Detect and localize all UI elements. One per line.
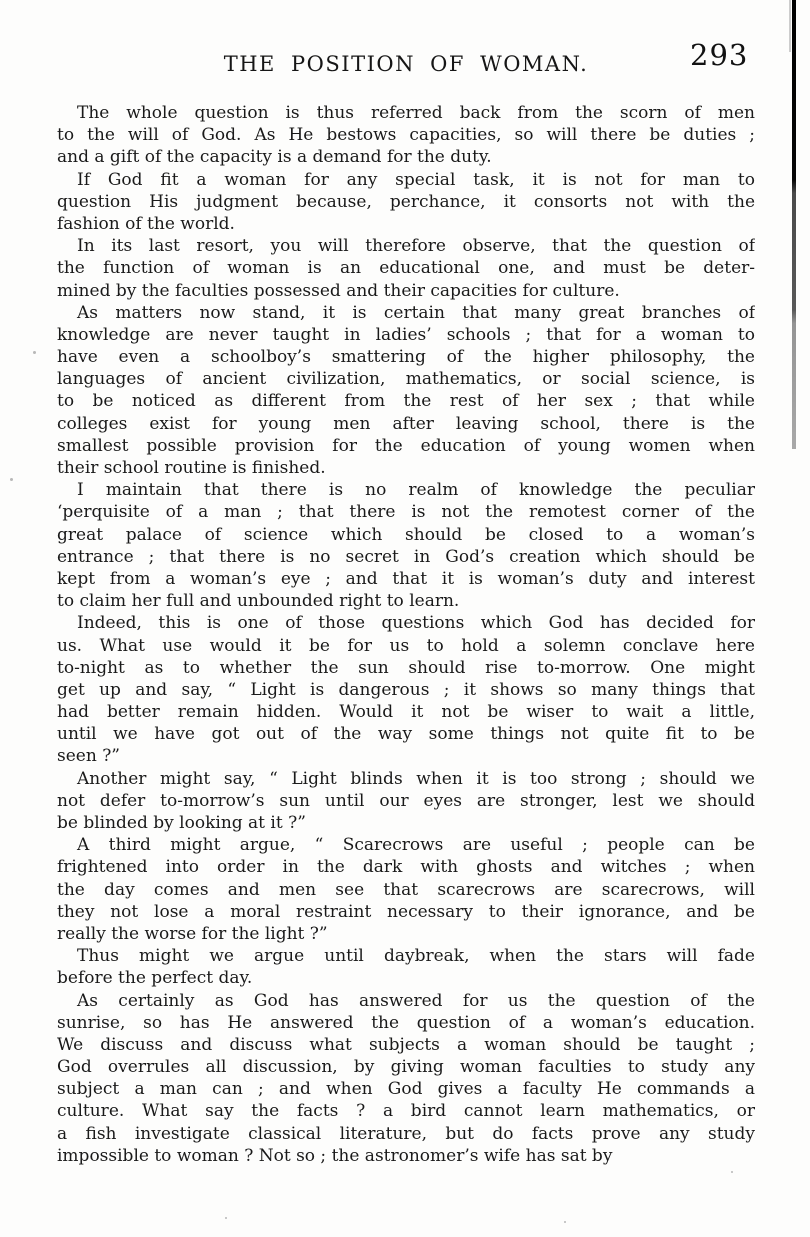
text-line: As matters now stand, it is certain that…: [57, 302, 755, 324]
text-line: God overrules all discussion, by giving …: [57, 1056, 755, 1078]
text-line: colleges exist for young men after leavi…: [57, 413, 755, 435]
text-line: fashion of the world.: [57, 213, 755, 235]
text-line: before the perfect day.: [57, 967, 755, 989]
paragraph: Another might say, “ Light blinds when i…: [57, 768, 755, 835]
text-line: frightened into order in the dark with g…: [57, 856, 755, 878]
scanned-book-page: THE POSITION OF WOMAN. 293 The whole que…: [0, 0, 810, 1237]
text-line: As certainly as God has answered for us …: [57, 990, 755, 1012]
paragraph: As matters now stand, it is certain that…: [57, 302, 755, 480]
text-line: they not lose a moral restraint necessar…: [57, 901, 755, 923]
text-line: A third might argue, “ Scarecrows are us…: [57, 834, 755, 856]
paragraph: The whole question is thus referred back…: [57, 102, 755, 169]
text-line: the function of woman is an educational …: [57, 257, 755, 279]
paragraph: Indeed, this is one of those questions w…: [57, 612, 755, 767]
paragraph: Thus might we argue until daybreak, when…: [57, 945, 755, 989]
text-line: entrance ; that there is no secret in Go…: [57, 546, 755, 568]
scan-speck: [225, 1217, 227, 1219]
paragraph: If God fit a woman for any special task,…: [57, 169, 755, 236]
page-title: THE POSITION OF WOMAN.: [57, 52, 755, 76]
text-line: Thus might we argue until daybreak, when…: [57, 945, 755, 967]
text-line: mined by the faculties possessed and the…: [57, 280, 755, 302]
text-line: and a gift of the capacity is a demand f…: [57, 146, 755, 168]
scan-speck: [33, 351, 36, 354]
text-line: I maintain that there is no realm of kno…: [57, 479, 755, 501]
text-line: their school routine is finished.: [57, 457, 755, 479]
text-line: Another might say, “ Light blinds when i…: [57, 768, 755, 790]
text-line: knowledge are never taught in ladies’ sc…: [57, 324, 755, 346]
text-line: have even a schoolboy’s smattering of th…: [57, 346, 755, 368]
text-line: impossible to woman ? Not so ; the astro…: [57, 1145, 755, 1167]
paragraph: In its last resort, you will therefore o…: [57, 235, 755, 302]
text-line: a fish investigate classical literature,…: [57, 1123, 755, 1145]
text-line: culture. What say the facts ? a bird can…: [57, 1100, 755, 1122]
text-line: not defer to-morrow’s sun until our eyes…: [57, 790, 755, 812]
text-line: kept from a woman’s eye ; and that it is…: [57, 568, 755, 590]
text-line: Indeed, this is one of those questions w…: [57, 612, 755, 634]
text-line: In its last resort, you will therefore o…: [57, 235, 755, 257]
scan-speck: [10, 478, 13, 481]
paragraph: I maintain that there is no realm of kno…: [57, 479, 755, 612]
text-line: sunrise, so has He answered the question…: [57, 1012, 755, 1034]
text-line: until we have got out of the way some th…: [57, 723, 755, 745]
text-line: If God fit a woman for any special task,…: [57, 169, 755, 191]
text-line: to be noticed as different from the rest…: [57, 390, 755, 412]
text-line: really the worse for the light ?”: [57, 923, 755, 945]
text-line: We discuss and discuss what subjects a w…: [57, 1034, 755, 1056]
scan-artifact-line: [789, 0, 791, 52]
paragraph: As certainly as God has answered for us …: [57, 990, 755, 1168]
text-line: the day comes and men see that scarecrow…: [57, 879, 755, 901]
body-text: The whole question is thus referred back…: [57, 102, 755, 1167]
paragraph: A third might argue, “ Scarecrows are us…: [57, 834, 755, 945]
text-line: The whole question is thus referred back…: [57, 102, 755, 124]
scan-speck: [564, 1221, 566, 1223]
text-line: smallest possible provision for the educ…: [57, 435, 755, 457]
scan-artifact-bar: [792, 0, 796, 449]
text-line: languages of ancient civilization, mathe…: [57, 368, 755, 390]
text-line: get up and say, “ Light is dangerous ; i…: [57, 679, 755, 701]
text-line: great palace of science which should be …: [57, 524, 755, 546]
text-line: ‘perquisite of a man ; that there is not…: [57, 501, 755, 523]
text-line: to claim her full and unbounded right to…: [57, 590, 755, 612]
text-line: had better remain hidden. Would it not b…: [57, 701, 755, 723]
text-line: to the will of God. As He bestows capaci…: [57, 124, 755, 146]
text-line: question His judgment because, perchance…: [57, 191, 755, 213]
text-line: be blinded by looking at it ?”: [57, 812, 755, 834]
text-line: seen ?”: [57, 745, 755, 767]
text-line: to-night as to whether the sun should ri…: [57, 657, 755, 679]
text-line: subject a man can ; and when God gives a…: [57, 1078, 755, 1100]
page-number: 293: [690, 38, 748, 72]
text-line: us. What use would it be for us to hold …: [57, 635, 755, 657]
scan-speck: [731, 1171, 733, 1173]
